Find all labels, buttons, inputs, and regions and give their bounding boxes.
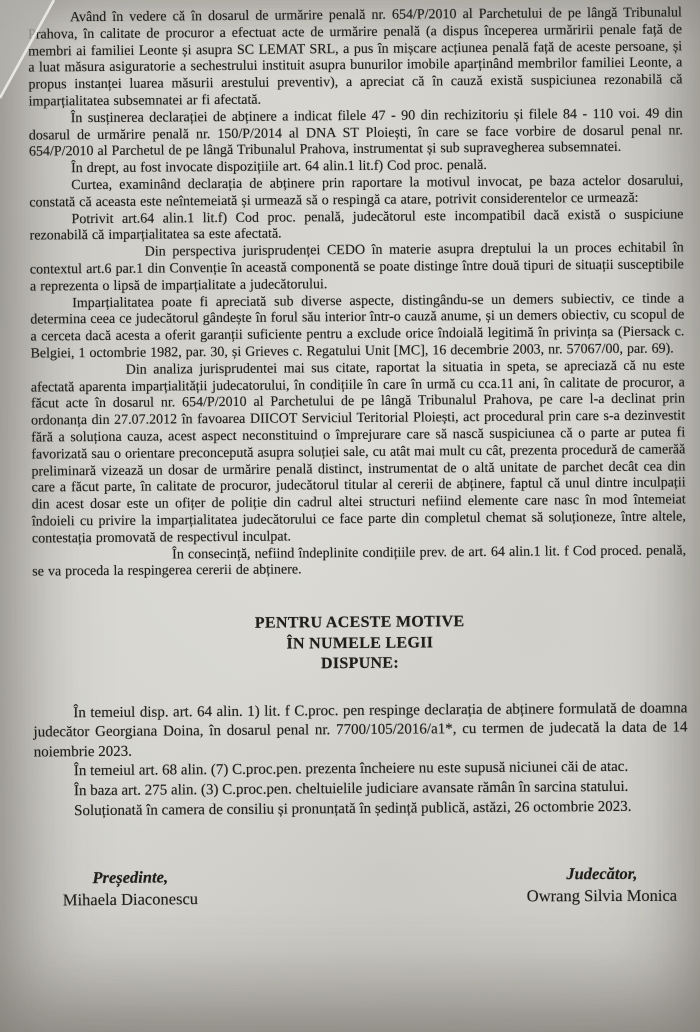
paragraph-impartiality-aspects: Imparțialitatea poate fi apreciată sub d… [30, 291, 685, 363]
signature-section: Președinte, Mihaela Diaconescu Judecător… [35, 863, 689, 912]
president-signature-block: Președinte, Mihaela Diaconescu [63, 866, 199, 911]
heading-line-orders: DISPUNE: [33, 651, 687, 677]
paragraph-conclusion: În consecință, nefiind îndeplinite condi… [32, 543, 686, 582]
dispositive-rejects-abstention: În temeiul disp. art. 64 alin. 1) lit. f… [33, 699, 687, 763]
paragraph-art64-rule: Potrivit art.64 alin.1 lit.f) Cod proc. … [29, 207, 683, 246]
paragraph-having-in-view: Având în vedere că în dosarul de urmărir… [28, 5, 683, 111]
judge-title: Judecător, [526, 863, 676, 885]
paragraph-cedo-perspective: Din perspectiva jurisprudenței CEDO în m… [30, 241, 684, 297]
page-fold-corner [0, 0, 80, 120]
document-content: Având în vedere că în dosarul de urmărir… [0, 0, 700, 912]
ruling-heading: PENTRU ACESTE MOTIVE ÎN NUMELE LEGII DIS… [33, 610, 687, 677]
judge-signature-block: Judecător, Owrang Silvia Monica [526, 863, 676, 908]
president-name: Mihaela Diaconescu [63, 887, 198, 911]
scanned-document-page: Având în vedere că în dosarul de urmărir… [0, 0, 700, 1032]
paragraph-court-examination: Curtea, examinând declarația de abținere… [29, 173, 683, 212]
judge-name: Owrang Silvia Monica [526, 884, 676, 908]
president-title: Președinte, [63, 866, 198, 888]
dispositive-section: În temeiul disp. art. 64 alin. 1) lit. f… [33, 699, 688, 822]
paragraph-case-analysis: Din analiza jurisprudentei mai sus citat… [31, 358, 686, 548]
paragraph-sustaining-declaration: În susținerea declarației de abținere a … [29, 106, 683, 162]
